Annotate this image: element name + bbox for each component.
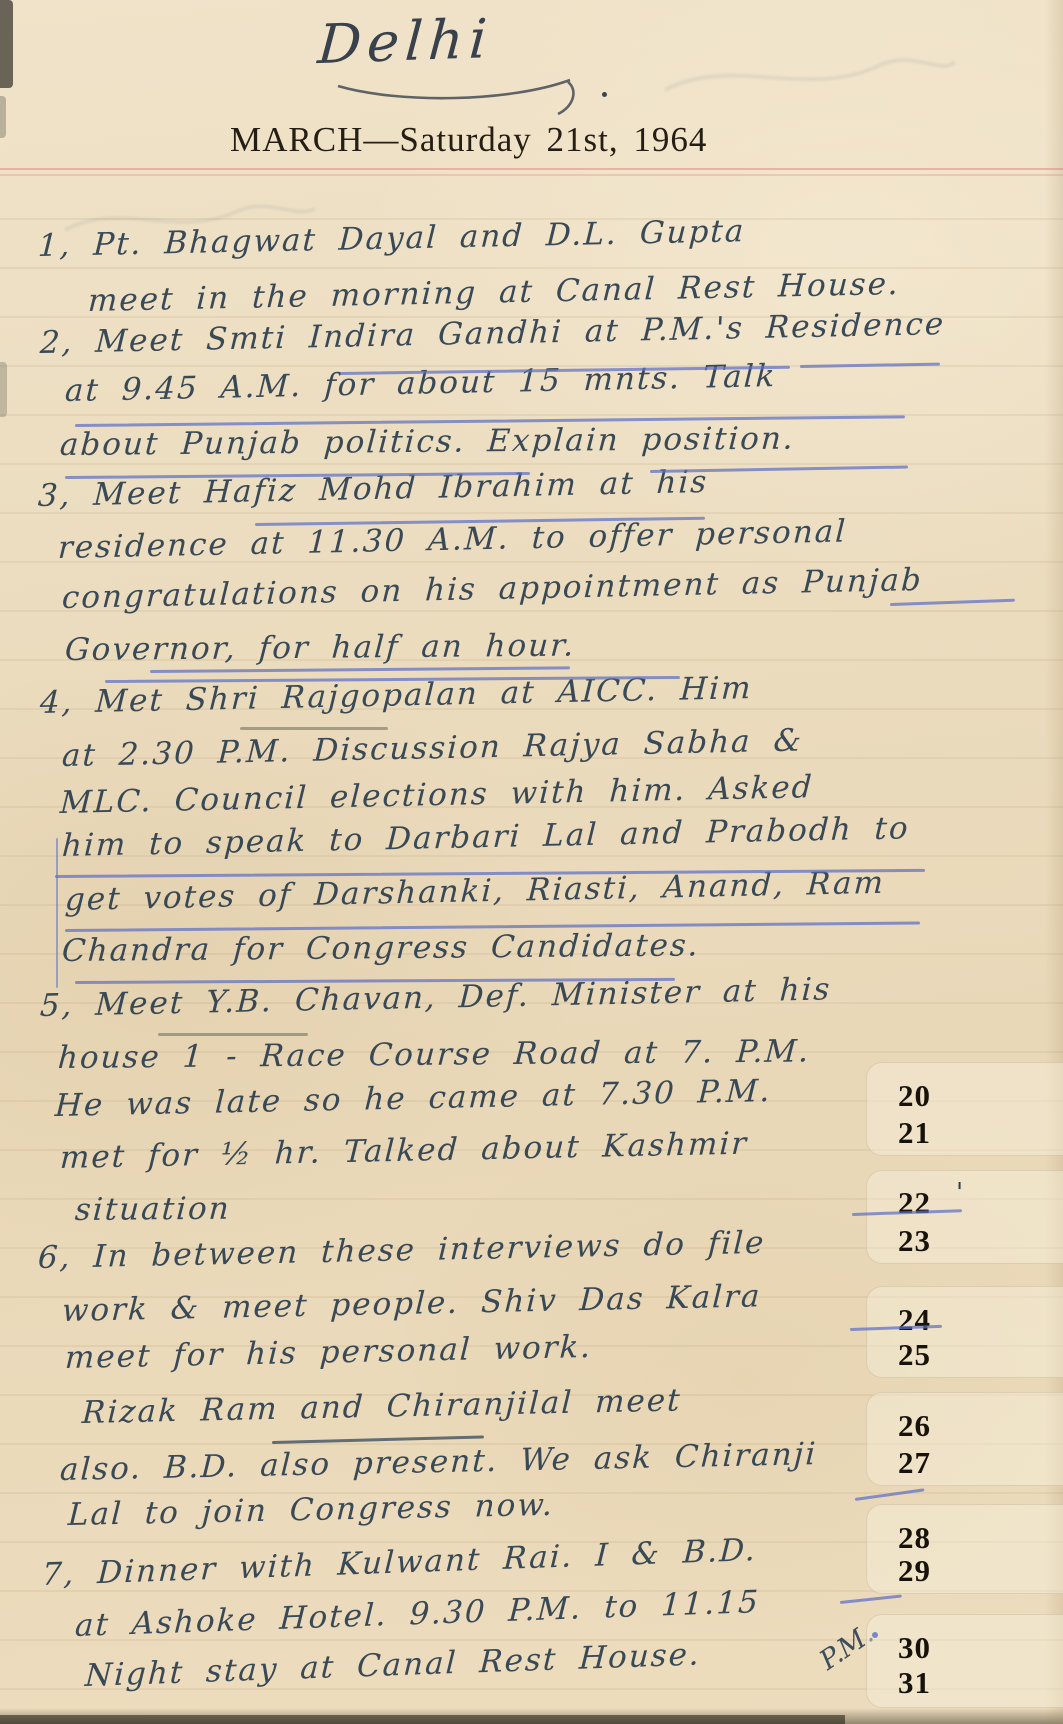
scan-bottom-edge — [0, 1715, 845, 1724]
ink-underline — [150, 666, 570, 673]
diary-line-24: Rizak Ram and Chiranjilal meet — [81, 1382, 682, 1431]
margin-day-23: 23 — [898, 1223, 968, 1259]
margin-day-28: 28 — [898, 1520, 968, 1556]
diary-line-9: Governor, for half an hour. — [64, 628, 577, 668]
diary-line-25: also. B.D. also present. We ask Chiranji — [59, 1436, 818, 1488]
margin-day-26: 26 — [898, 1408, 968, 1444]
diary-line-6: 3, Meet Hafiz Mohd Ibrahim at his — [37, 464, 709, 514]
diary-line-18: He was late so he came at 7.30 P.M. — [54, 1073, 772, 1124]
diary-line-20: situation — [74, 1191, 232, 1228]
diary-line-8: congratulations on his appointment as Pu… — [61, 562, 924, 616]
diary-line-17: house 1 - Race Course Road at 7. P.M. — [57, 1033, 812, 1076]
diary-line-26: Lal to join Congress now. — [67, 1487, 555, 1533]
diary-line-21: 6, In between these interviews do file — [37, 1225, 766, 1276]
printed-date-header: MARCH—Saturday 21st, 1964 — [230, 120, 707, 160]
scan-edge-mark — [0, 362, 7, 417]
ink-underline — [158, 1033, 308, 1036]
diary-line-19: met for ½ hr. Talked about Kashmir — [59, 1126, 749, 1176]
scan-edge-mark — [0, 0, 13, 88]
scan-edge-mark — [0, 96, 6, 138]
diary-line-11: at 2.30 P.M. Discussion Rajya Sabha & — [61, 722, 804, 774]
header-rule — [0, 168, 1063, 170]
diary-line-22: work & meet people. Shiv Das Kalra — [61, 1278, 762, 1329]
margin-day-31: 31 — [898, 1665, 968, 1701]
diary-line-29: Night stay at Canal Rest House. — [84, 1636, 702, 1694]
ink-underline — [800, 363, 940, 368]
diary-line-23: meet for his personal work. — [64, 1329, 593, 1376]
location-title: Delhi — [316, 7, 495, 76]
diary-line-4: at 9.45 A.M. for about 15 mnts. Talk — [64, 358, 777, 409]
ink-stray-mark — [855, 1488, 925, 1501]
margin-day-25: 25 — [898, 1337, 968, 1373]
margin-day-27: 27 — [898, 1445, 968, 1481]
margin-day-20: 20 — [898, 1078, 968, 1114]
ink-underline — [272, 1435, 484, 1444]
diary-line-12: MLC. Council elections with him. Asked — [59, 769, 814, 821]
margin-day-21: 21 — [898, 1115, 968, 1151]
location-underline-flourish — [330, 72, 600, 118]
diary-line-27: 7, Dinner with Kulwant Rai. I & B.D. — [41, 1532, 758, 1593]
header-rule-2 — [0, 174, 1063, 176]
ink-dot — [872, 1632, 878, 1638]
diary-line-15: Chandra for Congress Candidates. — [61, 927, 701, 969]
bleed-through-mark — [660, 40, 960, 110]
margin-day-29: 29 — [898, 1553, 968, 1589]
diary-line-28: at Ashoke Hotel. 9.30 P.M. to 11.15 — [74, 1584, 761, 1644]
margin-day-24: 24 — [898, 1302, 968, 1338]
day22-tick-mark: ' — [956, 1178, 963, 1208]
ink-underline — [240, 727, 388, 730]
diary-line-5: about Punjab politics. Explain position. — [59, 421, 796, 463]
location-period — [602, 92, 607, 97]
ink-stray-mark — [840, 1595, 902, 1604]
ink-margin-bracket — [56, 838, 58, 988]
diary-page: Delhi MARCH—Saturday 21st, 1964 1, Pt. B… — [0, 0, 1063, 1724]
margin-day-30: 30 — [898, 1630, 968, 1666]
ink-underline — [890, 599, 1015, 606]
